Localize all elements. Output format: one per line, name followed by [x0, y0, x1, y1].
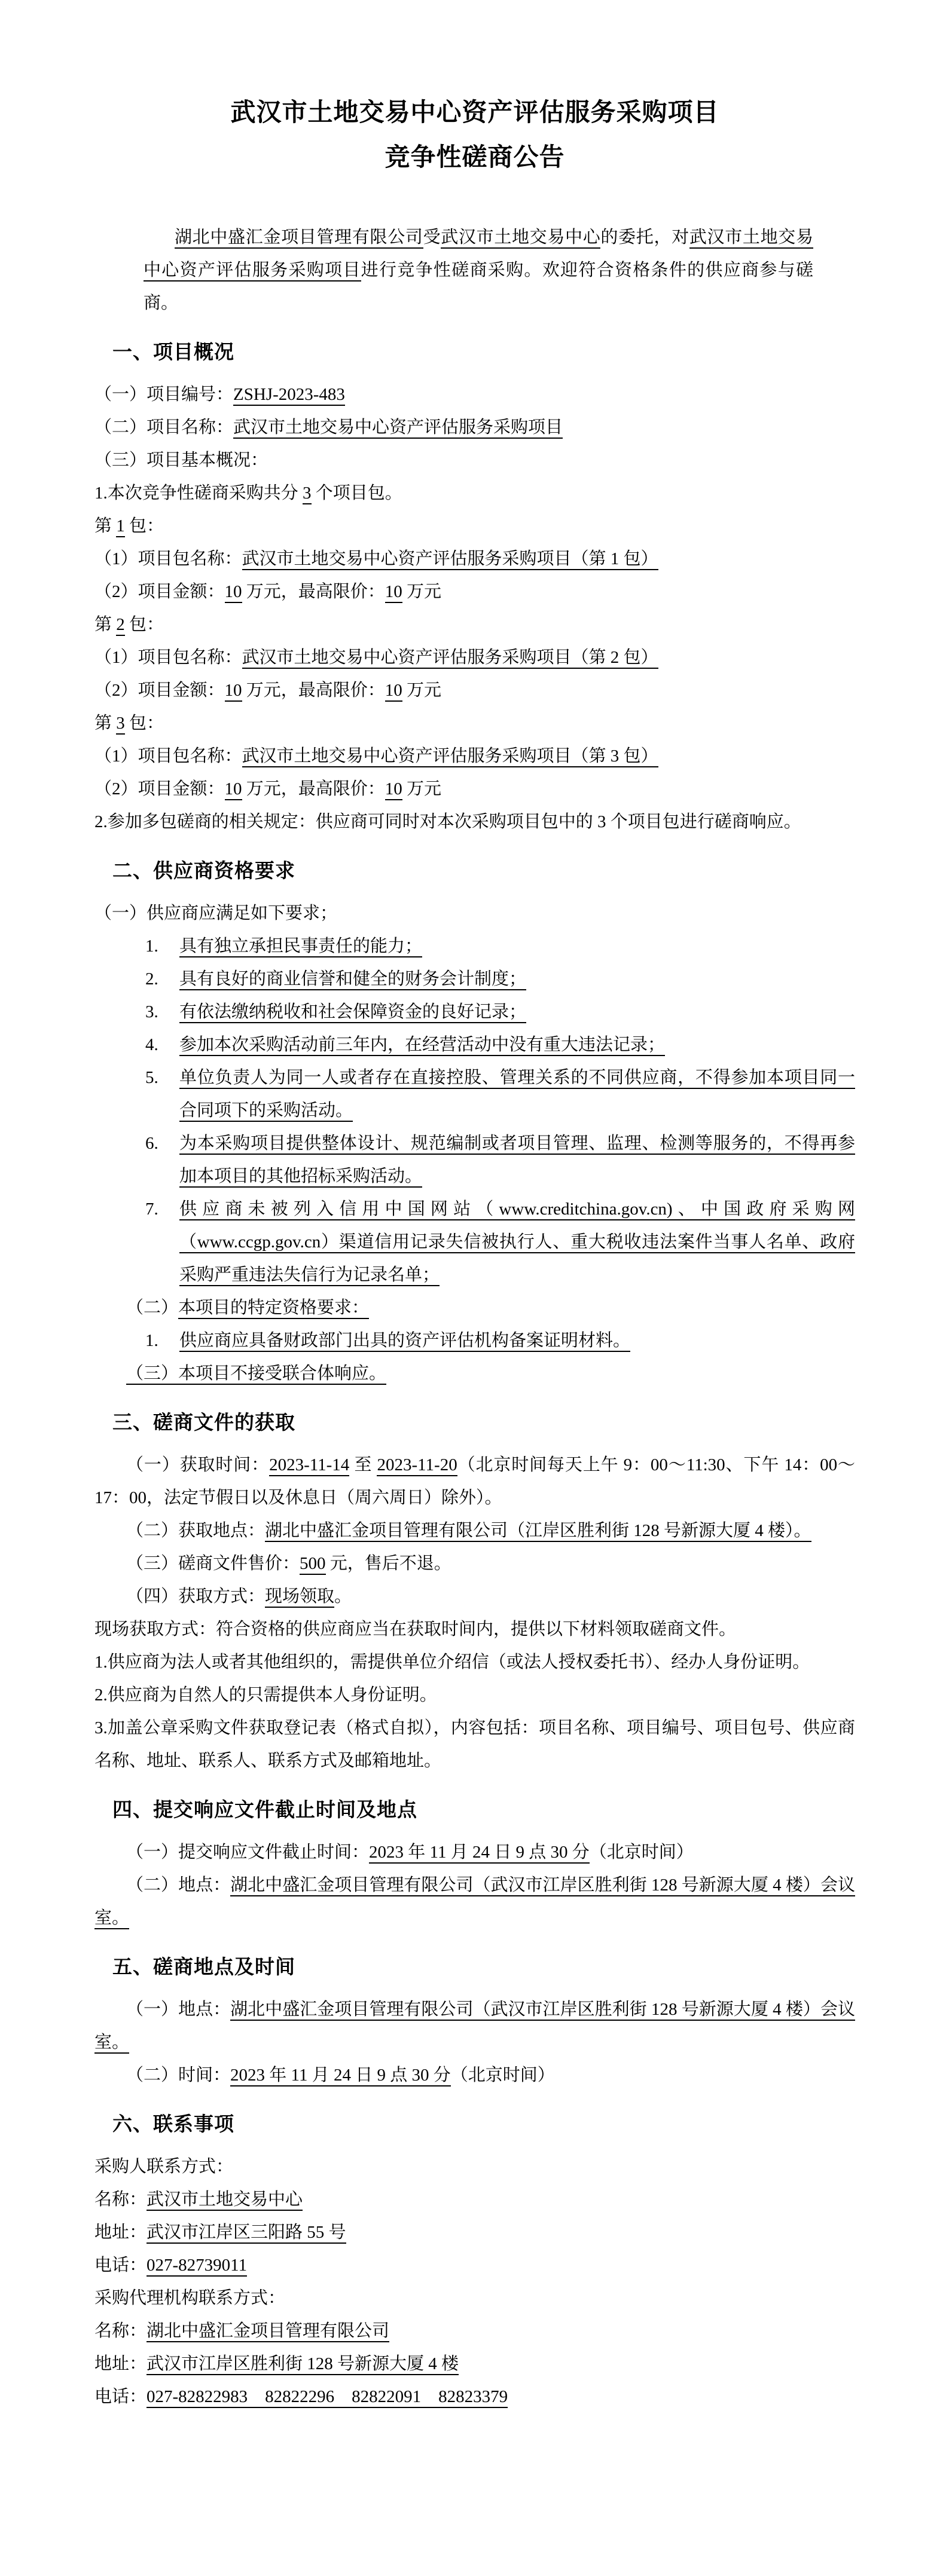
paragraph: 3.加盖公章采购文件获取登记表（格式自拟），内容包括：项目名称、项目编号、项目包… [94, 1712, 855, 1777]
paragraph: （2）项目金额：10 万元，最高限价：10 万元 [94, 576, 855, 608]
list-item: 6.为本采购项目提供整体设计、规范编制或者项目管理、监理、检测等服务的，不得再参… [94, 1127, 855, 1193]
paragraph: 现场获取方式：符合资格的供应商应当在获取时间内，提供以下材料领取磋商文件。 [94, 1613, 855, 1646]
text-segment: （1）项目包名称： [94, 648, 242, 667]
paragraph: （一）提交响应文件截止时间：2023 年 11 月 24 日 9 点 30 分（… [94, 1836, 855, 1869]
text-segment: 第 [94, 615, 116, 634]
paragraph: （一）项目编号：ZSHJ-2023-483 [94, 378, 855, 411]
text-segment: 名称： [94, 2190, 147, 2209]
underlined-text-segment: 10 [385, 681, 402, 702]
underlined-text-segment: 3 [116, 714, 125, 735]
text-segment: 万元 [402, 681, 441, 700]
underlined-text-segment: 3 [303, 484, 312, 504]
paragraph: 电话：027-82822983 82822296 82822091 828233… [94, 2381, 855, 2413]
list-item-number: 2. [145, 963, 158, 996]
document-content: 武汉市土地交易中心资产评估服务采购项目 竞争性磋商公告 湖北中盛汇金项目管理有限… [0, 0, 949, 2413]
underlined-text-segment: 供应商应具备财政部门出具的资产评估机构备案证明材料。 [179, 1331, 630, 1352]
text-segment: 的委托，对 [600, 228, 689, 247]
underlined-text-segment: 武汉市土地交易中心 [147, 2190, 303, 2211]
paragraph: 采购代理机构联系方式： [94, 2282, 855, 2315]
text-segment: （三）项目基本概况： [94, 451, 268, 470]
text-segment: 2.供应商为自然人的只需提供本人身份证明。 [94, 1685, 437, 1705]
text-segment: （二）地点： [126, 1876, 230, 1895]
text-segment: （一）地点： [126, 2000, 230, 2019]
section-heading: 四、提交响应文件截止时间及地点 [94, 1793, 855, 1826]
section-heading: 五、磋商地点及时间 [94, 1950, 855, 1983]
list-item: 2.具有良好的商业信誉和健全的财务会计制度； [94, 963, 855, 996]
section-heading: 三、磋商文件的获取 [94, 1406, 855, 1439]
section-heading: 一、项目概况 [94, 335, 855, 368]
text-segment: 受 [423, 228, 441, 247]
underlined-text-segment: （三）本项目不接受联合体响应。 [126, 1364, 386, 1385]
text-segment: 包： [125, 615, 164, 634]
paragraph: （一）地点：湖北中盛汇金项目管理有限公司（武汉市江岸区胜利街 128 号新源大厦… [94, 1993, 855, 2059]
document-body: 湖北中盛汇金项目管理有限公司受武汉市土地交易中心的委托，对武汉市土地交易中心资产… [94, 221, 855, 2413]
underlined-text-segment: 湖北中盛汇金项目管理有限公司 [175, 228, 423, 249]
underlined-text-segment: 2023-11-14 [269, 1455, 349, 1476]
text-segment: （二）项目名称： [94, 418, 233, 437]
underlined-text-segment: 2023 年 11 月 24 日 9 点 30 分 [369, 1843, 590, 1864]
paragraph: （二）项目名称：武汉市土地交易中心资产评估服务采购项目 [94, 411, 855, 444]
list-item-number: 3. [145, 996, 158, 1029]
text-segment: 采购人联系方式： [94, 2157, 233, 2176]
text-segment: 1.供应商为法人或者其他组织的，需提供单位介绍信（或法人授权委托书）、经办人身份… [94, 1653, 810, 1672]
text-segment: 至 [349, 1455, 377, 1474]
underlined-text-segment: 武汉市江岸区胜利街 128 号新源大厦 4 楼 [147, 2354, 459, 2375]
text-segment: 名称： [94, 2321, 147, 2341]
intro-paragraph: 湖北中盛汇金项目管理有限公司受武汉市土地交易中心的委托，对武汉市土地交易中心资产… [144, 221, 813, 320]
underlined-text-segment: 本项目的特定资格要求： [178, 1298, 369, 1319]
list-item: 5.单位负责人为同一人或者存在直接控股、管理关系的不同供应商，不得参加本项目同一… [94, 1061, 855, 1127]
underlined-text-segment: 具有良好的商业信誉和健全的财务会计制度； [179, 969, 526, 990]
underlined-text-segment: 现场领取 [265, 1587, 334, 1608]
text-segment: 电话： [94, 2256, 147, 2275]
paragraph: （一）供应商应满足如下要求； [94, 897, 855, 930]
underlined-text-segment: 武汉市土地交易中心资产评估服务采购项目（第 1 包） [242, 549, 658, 570]
paragraph: 第 2 包： [94, 608, 855, 641]
list-item: 3.有依法缴纳税收和社会保障资金的良好记录； [94, 996, 855, 1029]
paragraph: 第 3 包： [94, 707, 855, 740]
paragraph: 采购人联系方式： [94, 2150, 855, 2183]
text-segment: （一）获取时间： [126, 1455, 269, 1474]
underlined-text-segment: 10 [225, 681, 242, 702]
list-item: 7.供应商未被列入信用中国网站（www.creditchina.gov.cn)、… [94, 1193, 855, 1292]
paragraph: （二）时间：2023 年 11 月 24 日 9 点 30 分（北京时间） [94, 2059, 855, 2092]
text-segment: （二）时间： [126, 2066, 230, 2085]
list-item: 1.供应商应具备财政部门出具的资产评估机构备案证明材料。 [94, 1324, 855, 1357]
text-segment: 1.本次竞争性磋商采购共分 [94, 484, 303, 503]
paragraph: 1.本次竞争性磋商采购共分 3 个项目包。 [94, 477, 855, 510]
text-segment: 采购代理机构联系方式： [94, 2289, 285, 2308]
paragraph: （2）项目金额：10 万元，最高限价：10 万元 [94, 674, 855, 707]
paragraph: （1）项目包名称：武汉市土地交易中心资产评估服务采购项目（第 1 包） [94, 543, 855, 576]
text-segment: （2）项目金额： [94, 582, 225, 601]
underlined-text-segment: 单位负责人为同一人或者存在直接控股、管理关系的不同供应商，不得参加本项目同一合同… [179, 1068, 855, 1122]
underlined-text-segment: 具有独立承担民事责任的能力； [179, 937, 422, 957]
underlined-text-segment: 500 [300, 1554, 326, 1575]
paragraph: （三）项目基本概况： [94, 444, 855, 477]
paragraph: 名称：武汉市土地交易中心 [94, 2183, 855, 2216]
paragraph: （一）获取时间：2023-11-14 至 2023-11-20（北京时间每天上午… [94, 1449, 855, 1515]
text-segment: 地址： [94, 2354, 147, 2373]
text-segment: 包： [125, 714, 164, 733]
paragraph: 2.参加多包磋商的相关规定：供应商可同时对本次采购项目包中的 3 个项目包进行磋… [94, 806, 855, 839]
underlined-text-segment: 10 [225, 779, 242, 800]
title-block: 武汉市土地交易中心资产评估服务采购项目 竞争性磋商公告 [94, 90, 855, 179]
text-segment: 2.参加多包磋商的相关规定：供应商可同时对本次采购项目包中的 3 个项目包进行磋… [94, 812, 801, 831]
text-segment: （2）项目金额： [94, 779, 225, 799]
section-heading: 六、联系事项 [94, 2107, 855, 2140]
paragraph: 地址：武汉市江岸区胜利街 128 号新源大厦 4 楼 [94, 2348, 855, 2381]
underlined-text-segment: 武汉市江岸区三阳路 55 号 [147, 2223, 346, 2244]
underlined-text-segment: 027-82739011 [147, 2256, 247, 2277]
paragraph: （1）项目包名称：武汉市土地交易中心资产评估服务采购项目（第 3 包） [94, 740, 855, 773]
underlined-text-segment: 027-82822983 82822296 82822091 82823379 [147, 2387, 508, 2408]
underlined-text-segment: 武汉市土地交易中心资产评估服务采购项目 [233, 418, 563, 439]
underlined-text-segment: 武汉市土地交易中心资产评估服务采购项目（第 2 包） [242, 648, 658, 669]
text-segment: （1）项目包名称： [94, 549, 242, 568]
paragraph: （1）项目包名称：武汉市土地交易中心资产评估服务采购项目（第 2 包） [94, 641, 855, 674]
underlined-text-segment: 10 [225, 582, 242, 603]
list-item-number: 1. [145, 930, 158, 963]
paragraph: 1.供应商为法人或者其他组织的，需提供单位介绍信（或法人授权委托书）、经办人身份… [94, 1646, 855, 1679]
text-segment: 个项目包。 [312, 484, 402, 503]
text-segment: 第 [94, 714, 116, 733]
underlined-text-segment: 有依法缴纳税收和社会保障资金的良好记录； [179, 1002, 526, 1023]
underlined-text-segment: 供应商未被列入信用中国网站（www.creditchina.gov.cn)、中国… [179, 1200, 855, 1286]
text-segment: 万元，最高限价： [242, 582, 385, 601]
text-segment: （2）项目金额： [94, 681, 225, 700]
paragraph: （三）磋商文件售价：500 元，售后不退。 [94, 1547, 855, 1580]
text-segment: 。 [334, 1587, 352, 1606]
paragraph: （二）获取地点：湖北中盛汇金项目管理有限公司（江岸区胜利街 128 号新源大厦 … [94, 1515, 855, 1547]
underlined-text-segment: 湖北中盛汇金项目管理有限公司（江岸区胜利街 128 号新源大厦 4 楼）。 [265, 1521, 811, 1542]
underlined-text-segment: 武汉市土地交易中心资产评估服务采购项目（第 3 包） [242, 747, 658, 767]
text-segment: 万元 [402, 779, 441, 799]
underlined-text-segment: 10 [385, 582, 402, 603]
text-segment: 地址： [94, 2223, 147, 2242]
list-item-number: 4. [145, 1029, 158, 1061]
paragraph: 第 1 包： [94, 510, 855, 543]
text-segment: （北京时间） [590, 1843, 694, 1862]
text-segment: 万元，最高限价： [242, 681, 385, 700]
text-segment: 现场获取方式：符合资格的供应商应当在获取时间内，提供以下材料领取磋商文件。 [94, 1620, 736, 1639]
list-item-number: 7. [145, 1193, 158, 1226]
list-item-number: 6. [145, 1127, 158, 1160]
paragraph: 电话：027-82739011 [94, 2249, 855, 2282]
text-segment: （三）磋商文件售价： [126, 1554, 300, 1573]
text-segment: （一）提交响应文件截止时间： [126, 1843, 369, 1862]
text-segment: （北京时间） [451, 2066, 555, 2085]
paragraph: （2）项目金额：10 万元，最高限价：10 万元 [94, 773, 855, 806]
paragraph: （二）地点：湖北中盛汇金项目管理有限公司（武汉市江岸区胜利街 128 号新源大厦… [94, 1869, 855, 1935]
underlined-text-segment: 1 [116, 516, 125, 537]
text-segment: （1）项目包名称： [94, 747, 242, 766]
text-segment: （四）获取方式： [126, 1587, 265, 1606]
underlined-text-segment: 10 [385, 779, 402, 800]
text-segment: 电话： [94, 2387, 147, 2406]
text-segment: 元，售后不退。 [326, 1554, 451, 1573]
document-page: 武汉市土地交易中心资产评估服务采购项目 竞争性磋商公告 湖北中盛汇金项目管理有限… [0, 0, 949, 2576]
text-segment: 万元，最高限价： [242, 779, 385, 799]
text-segment: 3.加盖公章采购文件获取登记表（格式自拟），内容包括：项目名称、项目编号、项目包… [94, 1718, 855, 1770]
list-item: 1.具有独立承担民事责任的能力； [94, 930, 855, 963]
text-segment: 万元 [402, 582, 441, 601]
underlined-text-segment: 参加本次采购活动前三年内，在经营活动中没有重大违法记录； [179, 1035, 665, 1056]
underlined-text-segment: 2023 年 11 月 24 日 9 点 30 分 [230, 2066, 451, 2087]
paragraph: （二）本项目的特定资格要求： [94, 1292, 855, 1324]
underlined-text-segment: 湖北中盛汇金项目管理有限公司 [147, 2321, 389, 2342]
doc-title-line-2: 竞争性磋商公告 [94, 134, 855, 179]
section-heading: 二、供应商资格要求 [94, 854, 855, 887]
paragraph: 2.供应商为自然人的只需提供本人身份证明。 [94, 1679, 855, 1712]
text-segment: （二）获取地点： [126, 1521, 265, 1540]
underlined-text-segment: 2023-11-20 [377, 1455, 457, 1476]
paragraph: 地址：武汉市江岸区三阳路 55 号 [94, 2216, 855, 2249]
underlined-text-segment: 为本采购项目提供整体设计、规范编制或者项目管理、监理、检测等服务的，不得再参加本… [179, 1134, 855, 1188]
text-segment: （一）项目编号： [94, 385, 233, 404]
paragraph: 名称：湖北中盛汇金项目管理有限公司 [94, 2315, 855, 2348]
underlined-text-segment: 武汉市土地交易中心 [441, 228, 600, 249]
paragraph: （三）本项目不接受联合体响应。 [94, 1357, 855, 1390]
underlined-text-segment: 2 [116, 615, 125, 636]
list-item: 4.参加本次采购活动前三年内，在经营活动中没有重大违法记录； [94, 1029, 855, 1061]
paragraph: （四）获取方式：现场领取。 [94, 1580, 855, 1613]
text-segment: 第 [94, 516, 116, 536]
list-item-number: 1. [145, 1324, 158, 1357]
text-segment: （二） [126, 1298, 178, 1317]
doc-title-line-1: 武汉市土地交易中心资产评估服务采购项目 [94, 90, 855, 134]
text-segment: 包： [125, 516, 164, 536]
list-item-number: 5. [145, 1061, 158, 1094]
underlined-text-segment: ZSHJ-2023-483 [233, 385, 345, 406]
text-segment: （一）供应商应满足如下要求； [94, 904, 337, 923]
